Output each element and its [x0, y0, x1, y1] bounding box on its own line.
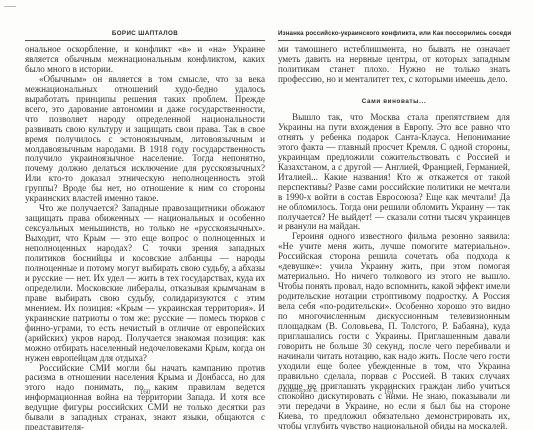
paragraph: Героиня одного известного фильма резонно…	[278, 232, 510, 430]
section-heading: Сами виноваты...	[278, 98, 510, 105]
page-number: 161	[268, 388, 510, 396]
paragraph: ональное оскорбление, и конфликт «в» и «…	[25, 45, 265, 75]
page-number: 160	[25, 388, 265, 396]
paragraph: Вышло так, что Москва стала препятствием…	[278, 113, 510, 232]
left-page: БОРИС ШАПТАЛОВ ональное оскорбление, и к…	[25, 0, 265, 430]
page-edge-mark	[4, 6, 16, 7]
header-rule	[25, 40, 265, 41]
paragraph: Российские СМИ могли бы начать кампанию …	[25, 364, 265, 430]
running-head-title: Изнанка российско-украинского конфликта,…	[278, 30, 510, 37]
paragraph: «Обычным» он является в том смысле, что …	[25, 75, 265, 204]
book-spread: БОРИС ШАПТАЛОВ ональное оскорбление, и к…	[0, 0, 533, 430]
running-head-author: БОРИС ШАПТАЛОВ	[25, 30, 265, 37]
header-rule	[278, 40, 510, 41]
left-page-body: ональное оскорбление, и конфликт «в» и «…	[25, 45, 265, 430]
paragraph: ми тамошнего истеблишмента, но бывать не…	[278, 45, 510, 85]
right-page-body-section: Вышло так, что Москва стала препятствием…	[278, 113, 510, 430]
right-page-body-top: ми тамошнего истеблишмента, но бывать не…	[278, 45, 510, 85]
right-page: Изнанка российско-украинского конфликта,…	[278, 0, 510, 430]
paragraph: Что же получается? Западные правозащитни…	[25, 204, 265, 363]
